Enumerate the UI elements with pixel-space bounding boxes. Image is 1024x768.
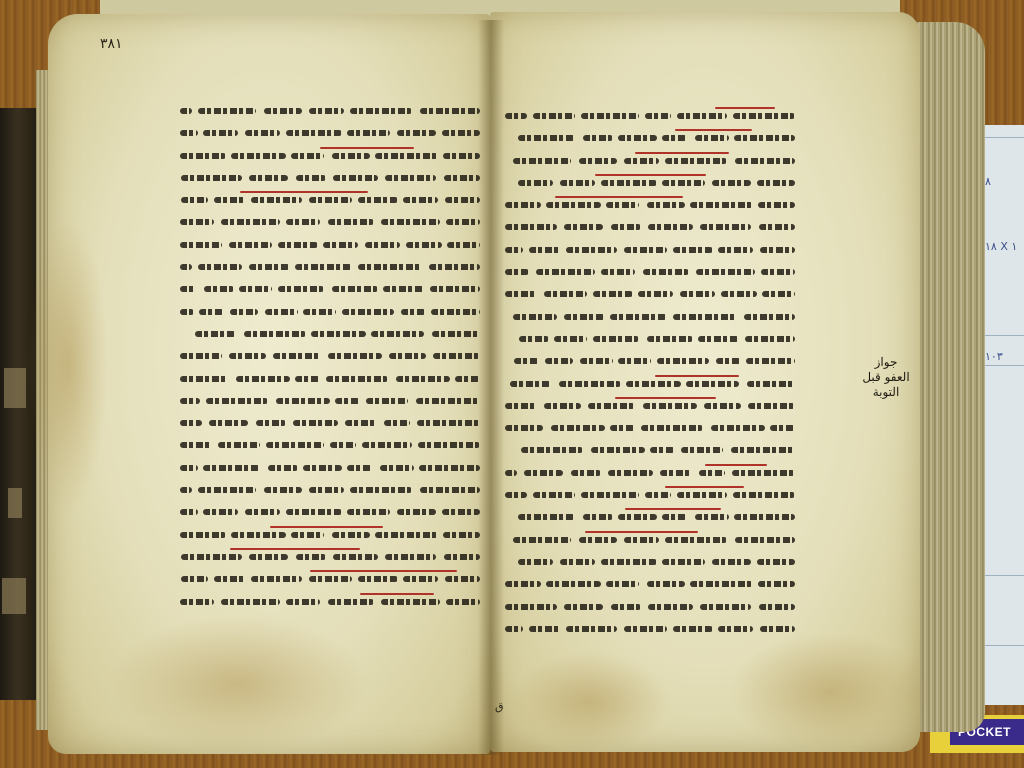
manuscript-line [505,105,795,127]
manuscript-line [505,350,795,372]
manuscript-line [505,484,795,506]
manuscript-line [180,122,480,144]
manuscript-line [505,239,795,261]
manuscript-line [505,417,795,439]
manuscript-line [505,194,795,216]
manuscript-line [180,568,480,590]
manuscript-line [505,506,795,528]
manuscript-line [180,167,480,189]
manuscript-line [180,234,480,256]
manuscript-line [180,145,480,167]
manuscript-line [505,127,795,149]
manuscript-line [505,216,795,238]
notepad-note: ٨ [985,175,991,188]
page-number: ٣٨١ [100,36,123,52]
margin-note: جواز العفو قبل التوبة [862,355,910,435]
page-edges-right [915,22,985,732]
manuscript-line [180,323,480,345]
manuscript-line [180,524,480,546]
manuscript-line [180,546,480,568]
manuscript-line [180,434,480,456]
manuscript-line [505,618,795,640]
manuscript-line [505,283,795,305]
manuscript-line [505,373,795,395]
manuscript-line [505,439,795,461]
manuscript-line [505,328,795,350]
manuscript-line [505,261,795,283]
manuscript-line [505,172,795,194]
manuscript-line [180,479,480,501]
manuscript-line [505,150,795,172]
manuscript-line [180,256,480,278]
manuscript-line [505,306,795,328]
manuscript-line [180,278,480,300]
manuscript-line [505,551,795,573]
folio-mark: ق [495,700,504,713]
manuscript-line [180,345,480,367]
manuscript-line [180,100,480,122]
manuscript-line [505,596,795,618]
left-page-text [180,100,480,613]
manuscript-line [180,412,480,434]
manuscript-line [180,390,480,412]
manuscript-line [180,301,480,323]
notepad-note: ١٨ X ١ [985,240,1017,253]
book-gutter [478,20,504,755]
manuscript-line [505,395,795,417]
manuscript-line [180,189,480,211]
manuscript-line [505,573,795,595]
notepad-note: ١٠٣ [985,350,1003,363]
manuscript-line [505,529,795,551]
manuscript-line [180,368,480,390]
manuscript-line [505,462,795,484]
right-page-text [505,105,795,640]
manuscript-line [180,457,480,479]
manuscript-line [180,501,480,523]
manuscript-line [180,591,480,613]
manuscript-line [180,211,480,233]
